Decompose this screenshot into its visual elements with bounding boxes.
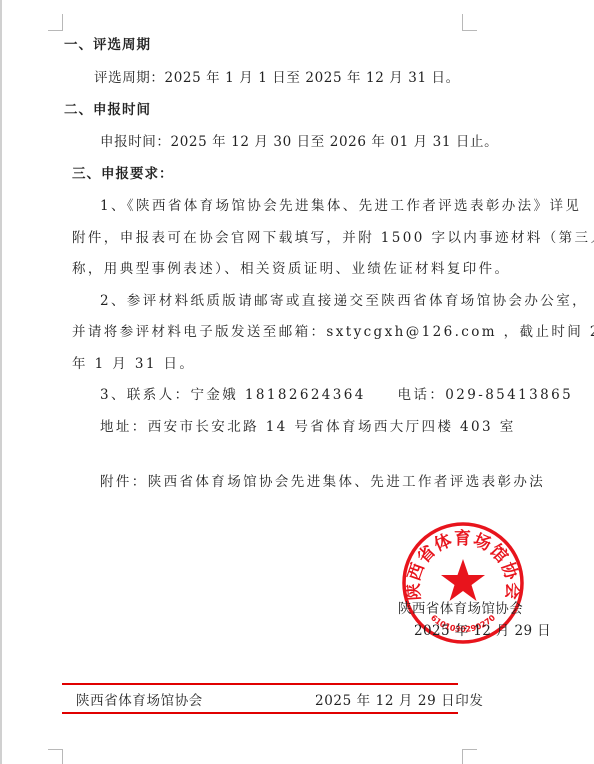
star-icon xyxy=(441,559,485,601)
signature-date: 2025 年 12 月 29 日 xyxy=(414,619,551,639)
footer-bottom-rule xyxy=(62,712,458,714)
requirement-1-line-3: 称，用典型事例表述）、相关资质证明、业绩佐证材料复印件。 xyxy=(72,260,510,278)
address-info: 地址：西安市长安北路 14 号省体育场西大厅四楼 403 室 xyxy=(100,418,516,436)
application-time-text: 申报时间：2025 年 12 月 30 日至 2026 年 01 月 31 日止… xyxy=(100,133,498,151)
requirement-2-line-2: 并请将参评材料电子版发送至邮箱：sxtycgxh@126.com ，截止时间 2… xyxy=(72,323,594,341)
section-heading-requirements: 三、申报要求： xyxy=(72,165,174,183)
footer-top-rule xyxy=(62,683,458,685)
margin-corner-top-right xyxy=(462,14,477,31)
attachment-note: 附件：陕西省体育场馆协会先进集体、先进工作者评选表彰办法 xyxy=(100,473,545,491)
contact-info: 3、联系人：宁金娥 18182624364 电话：029-85413865 xyxy=(100,386,573,404)
footer-organization: 陕西省体育场馆协会 xyxy=(76,689,203,709)
signature-organization: 陕西省体育场馆协会 xyxy=(398,597,523,617)
requirement-1-line-1: 1、《陕西省体育场馆协会先进集体、先进工作者评选表彰办法》详见 xyxy=(100,197,581,215)
margin-corner-bottom-right xyxy=(462,749,477,764)
section-heading-evaluation-period: 一、评选周期 xyxy=(64,36,151,54)
margin-corner-bottom-left xyxy=(48,749,63,764)
footer-issue-date: 2025 年 12 月 29 日印发 xyxy=(315,689,483,709)
requirement-1-line-2: 附件，申报表可在协会官网下载填写，并附 1500 字以内事迹材料（第三人 xyxy=(72,229,594,247)
requirement-2-line-1: 2、参评材料纸质版请邮寄或直接递交至陕西省体育场馆协会办公室， xyxy=(100,292,588,310)
evaluation-period-text: 评选周期：2025 年 1 月 1 日至 2025 年 12 月 31 日。 xyxy=(94,69,460,87)
section-heading-application-time: 二、申报时间 xyxy=(64,101,151,119)
margin-corner-top-left xyxy=(48,14,63,31)
requirement-2-line-3: 年 1 月 31 日。 xyxy=(72,355,195,373)
page-left-edge xyxy=(0,0,2,764)
